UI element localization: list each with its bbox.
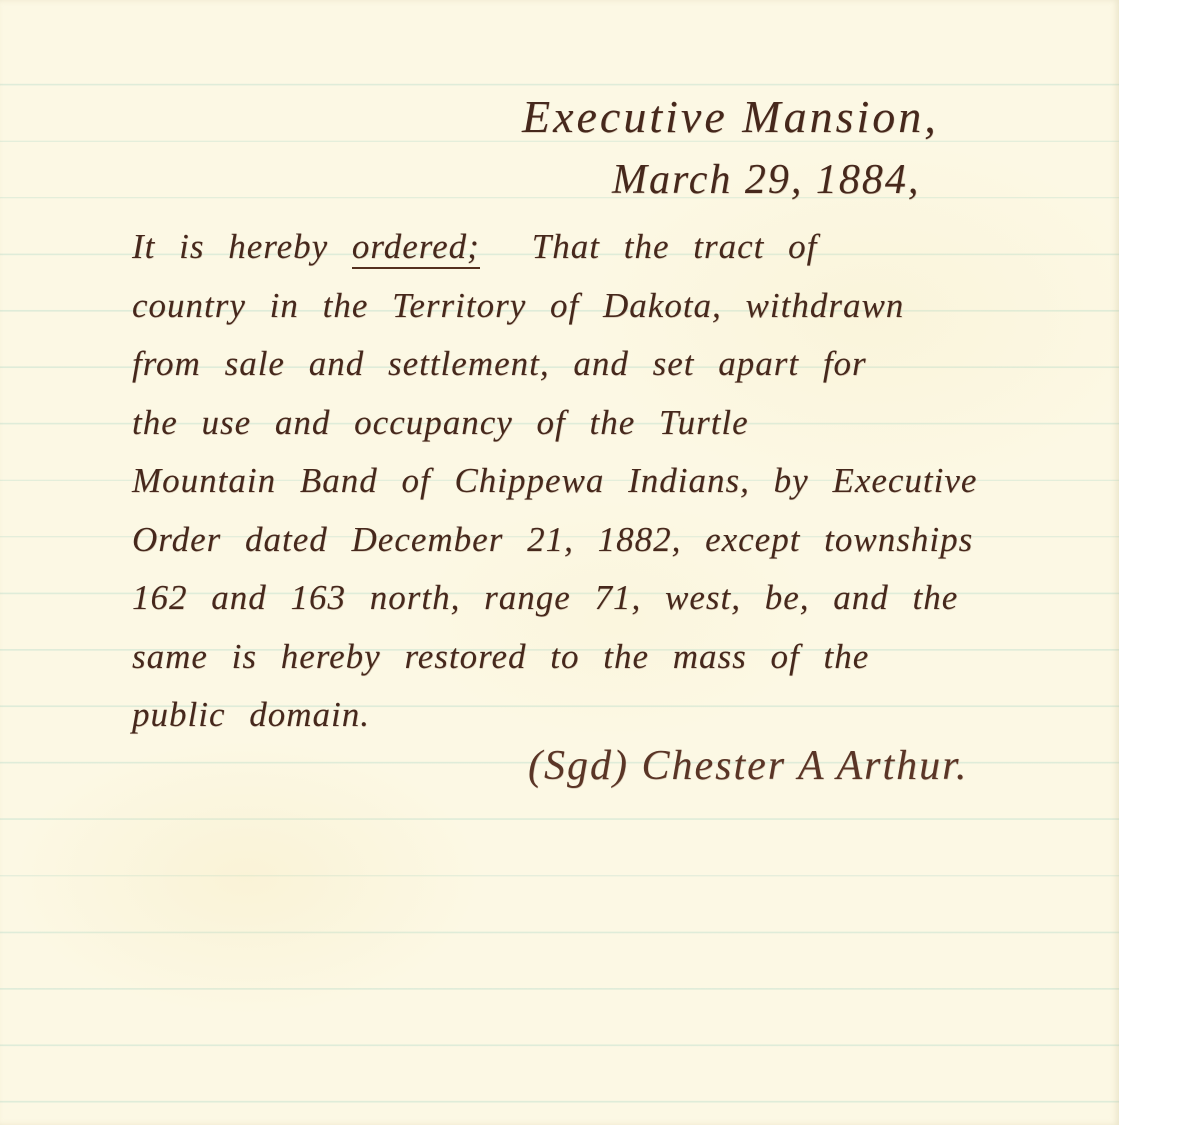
body-line: Mountain Band of Chippewa Indians, by Ex…: [132, 452, 977, 511]
letterhead-executive-mansion: Executive Mansion,: [522, 90, 939, 143]
ordered-underlined-word: ordered;: [352, 227, 480, 269]
body-line: 162 and 163 north, range 71, west, be, a…: [132, 569, 977, 628]
body-line-opening: It is hereby ordered;That the tract of: [132, 218, 977, 277]
body-line: same is hereby restored to the mass of t…: [132, 628, 977, 687]
scanned-document: Executive Mansion, March 29, 1884, It is…: [0, 0, 1181, 1125]
body-line: from sale and settlement, and set apart …: [132, 335, 977, 394]
document-page: Executive Mansion, March 29, 1884, It is…: [0, 0, 1119, 1125]
signature-line: (Sgd) Chester A Arthur.: [528, 742, 968, 790]
body-line: public domain.: [132, 686, 977, 745]
opening-pre-text: It is hereby: [132, 227, 352, 266]
body-line: country in the Territory of Dakota, with…: [132, 277, 977, 336]
body-line: Order dated December 21, 1882, except to…: [132, 511, 977, 570]
opening-post-text: That the tract of: [532, 227, 818, 266]
date-line: March 29, 1884,: [612, 156, 920, 204]
body-line: the use and occupancy of the Turtle: [132, 394, 977, 453]
document-body: It is hereby ordered;That the tract of c…: [132, 218, 977, 745]
